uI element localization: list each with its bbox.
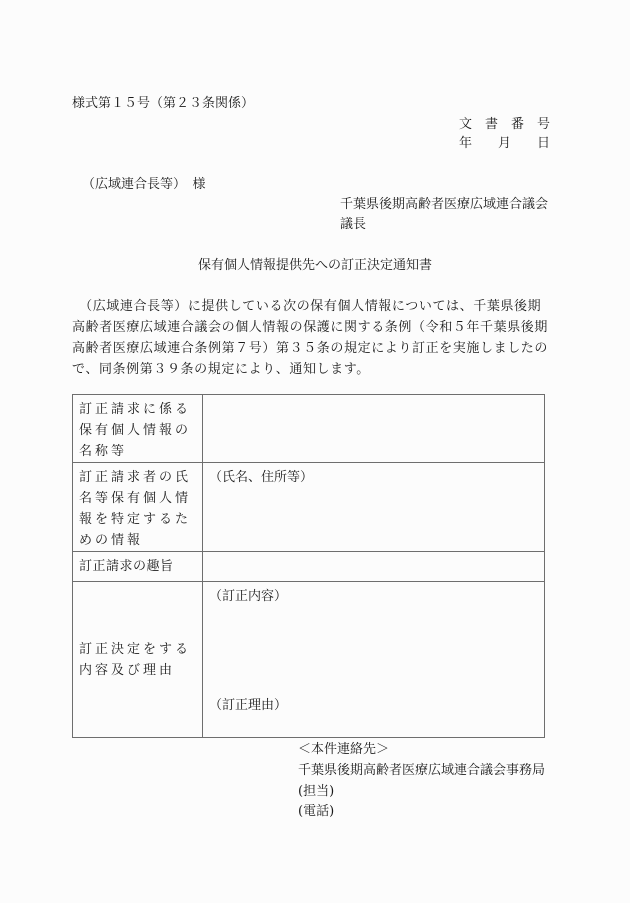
date-year: 年 xyxy=(459,137,472,150)
contact-heading: ＜本件連絡先＞ xyxy=(298,740,389,760)
row-value-info-name xyxy=(203,395,545,463)
row-label-decision: 訂正決定をする内容及び理由 xyxy=(73,582,203,738)
form-number: 様式第１５号（第２３条関係） xyxy=(72,97,254,110)
body-paragraph: （広域連合長等）に提供している次の保有個人情報については、千葉県後期高齢者医療広… xyxy=(72,296,552,380)
correction-content-label: （訂正内容） xyxy=(209,586,538,607)
sender-organization: 千葉県後期高齢者医療広域連合議会 xyxy=(340,198,548,211)
row-value-decision: （訂正内容） （訂正理由） xyxy=(203,582,545,738)
document-title: 保有個人情報提供先への訂正決定通知書 xyxy=(0,259,630,272)
document-date: 年月日 xyxy=(459,137,550,150)
date-day: 日 xyxy=(537,137,550,150)
row-value-request-purpose xyxy=(203,552,545,582)
sender-title: 議長 xyxy=(340,218,366,231)
correction-info-table: 訂正請求に係る保有個人情報の名称等 訂正請求者の氏名等保有個人情報を特定するため… xyxy=(72,394,545,738)
table-row: 訂正請求者の氏名等保有個人情報を特定するための情報 （氏名、住所等） xyxy=(73,463,545,552)
row-label-info-name: 訂正請求に係る保有個人情報の名称等 xyxy=(73,395,203,463)
contact-person: (担当) xyxy=(298,782,334,802)
notice-text: （広域連合長等）に提供している次の保有個人情報については、千葉県後期高齢者医療広… xyxy=(72,296,552,380)
row-label-request-purpose: 訂正請求の趣旨 xyxy=(73,552,203,582)
table-row: 訂正請求に係る保有個人情報の名称等 xyxy=(73,395,545,463)
table-row: 訂正請求の趣旨 xyxy=(73,552,545,582)
contact-organization: 千葉県後期高齢者医療広域連合議会事務局 xyxy=(298,761,545,781)
row-value-requester: （氏名、住所等） xyxy=(203,463,545,552)
row-label-requester: 訂正請求者の氏名等保有個人情報を特定するための情報 xyxy=(73,463,203,552)
table-row: 訂正決定をする内容及び理由 （訂正内容） （訂正理由） xyxy=(73,582,545,738)
date-month: 月 xyxy=(498,137,511,150)
addressee: （広域連合長等） 様 xyxy=(82,178,206,191)
document-number-label: 文書番号 xyxy=(459,118,563,131)
correction-reason-label: （訂正理由） xyxy=(209,695,538,716)
contact-phone: (電話) xyxy=(298,802,334,822)
